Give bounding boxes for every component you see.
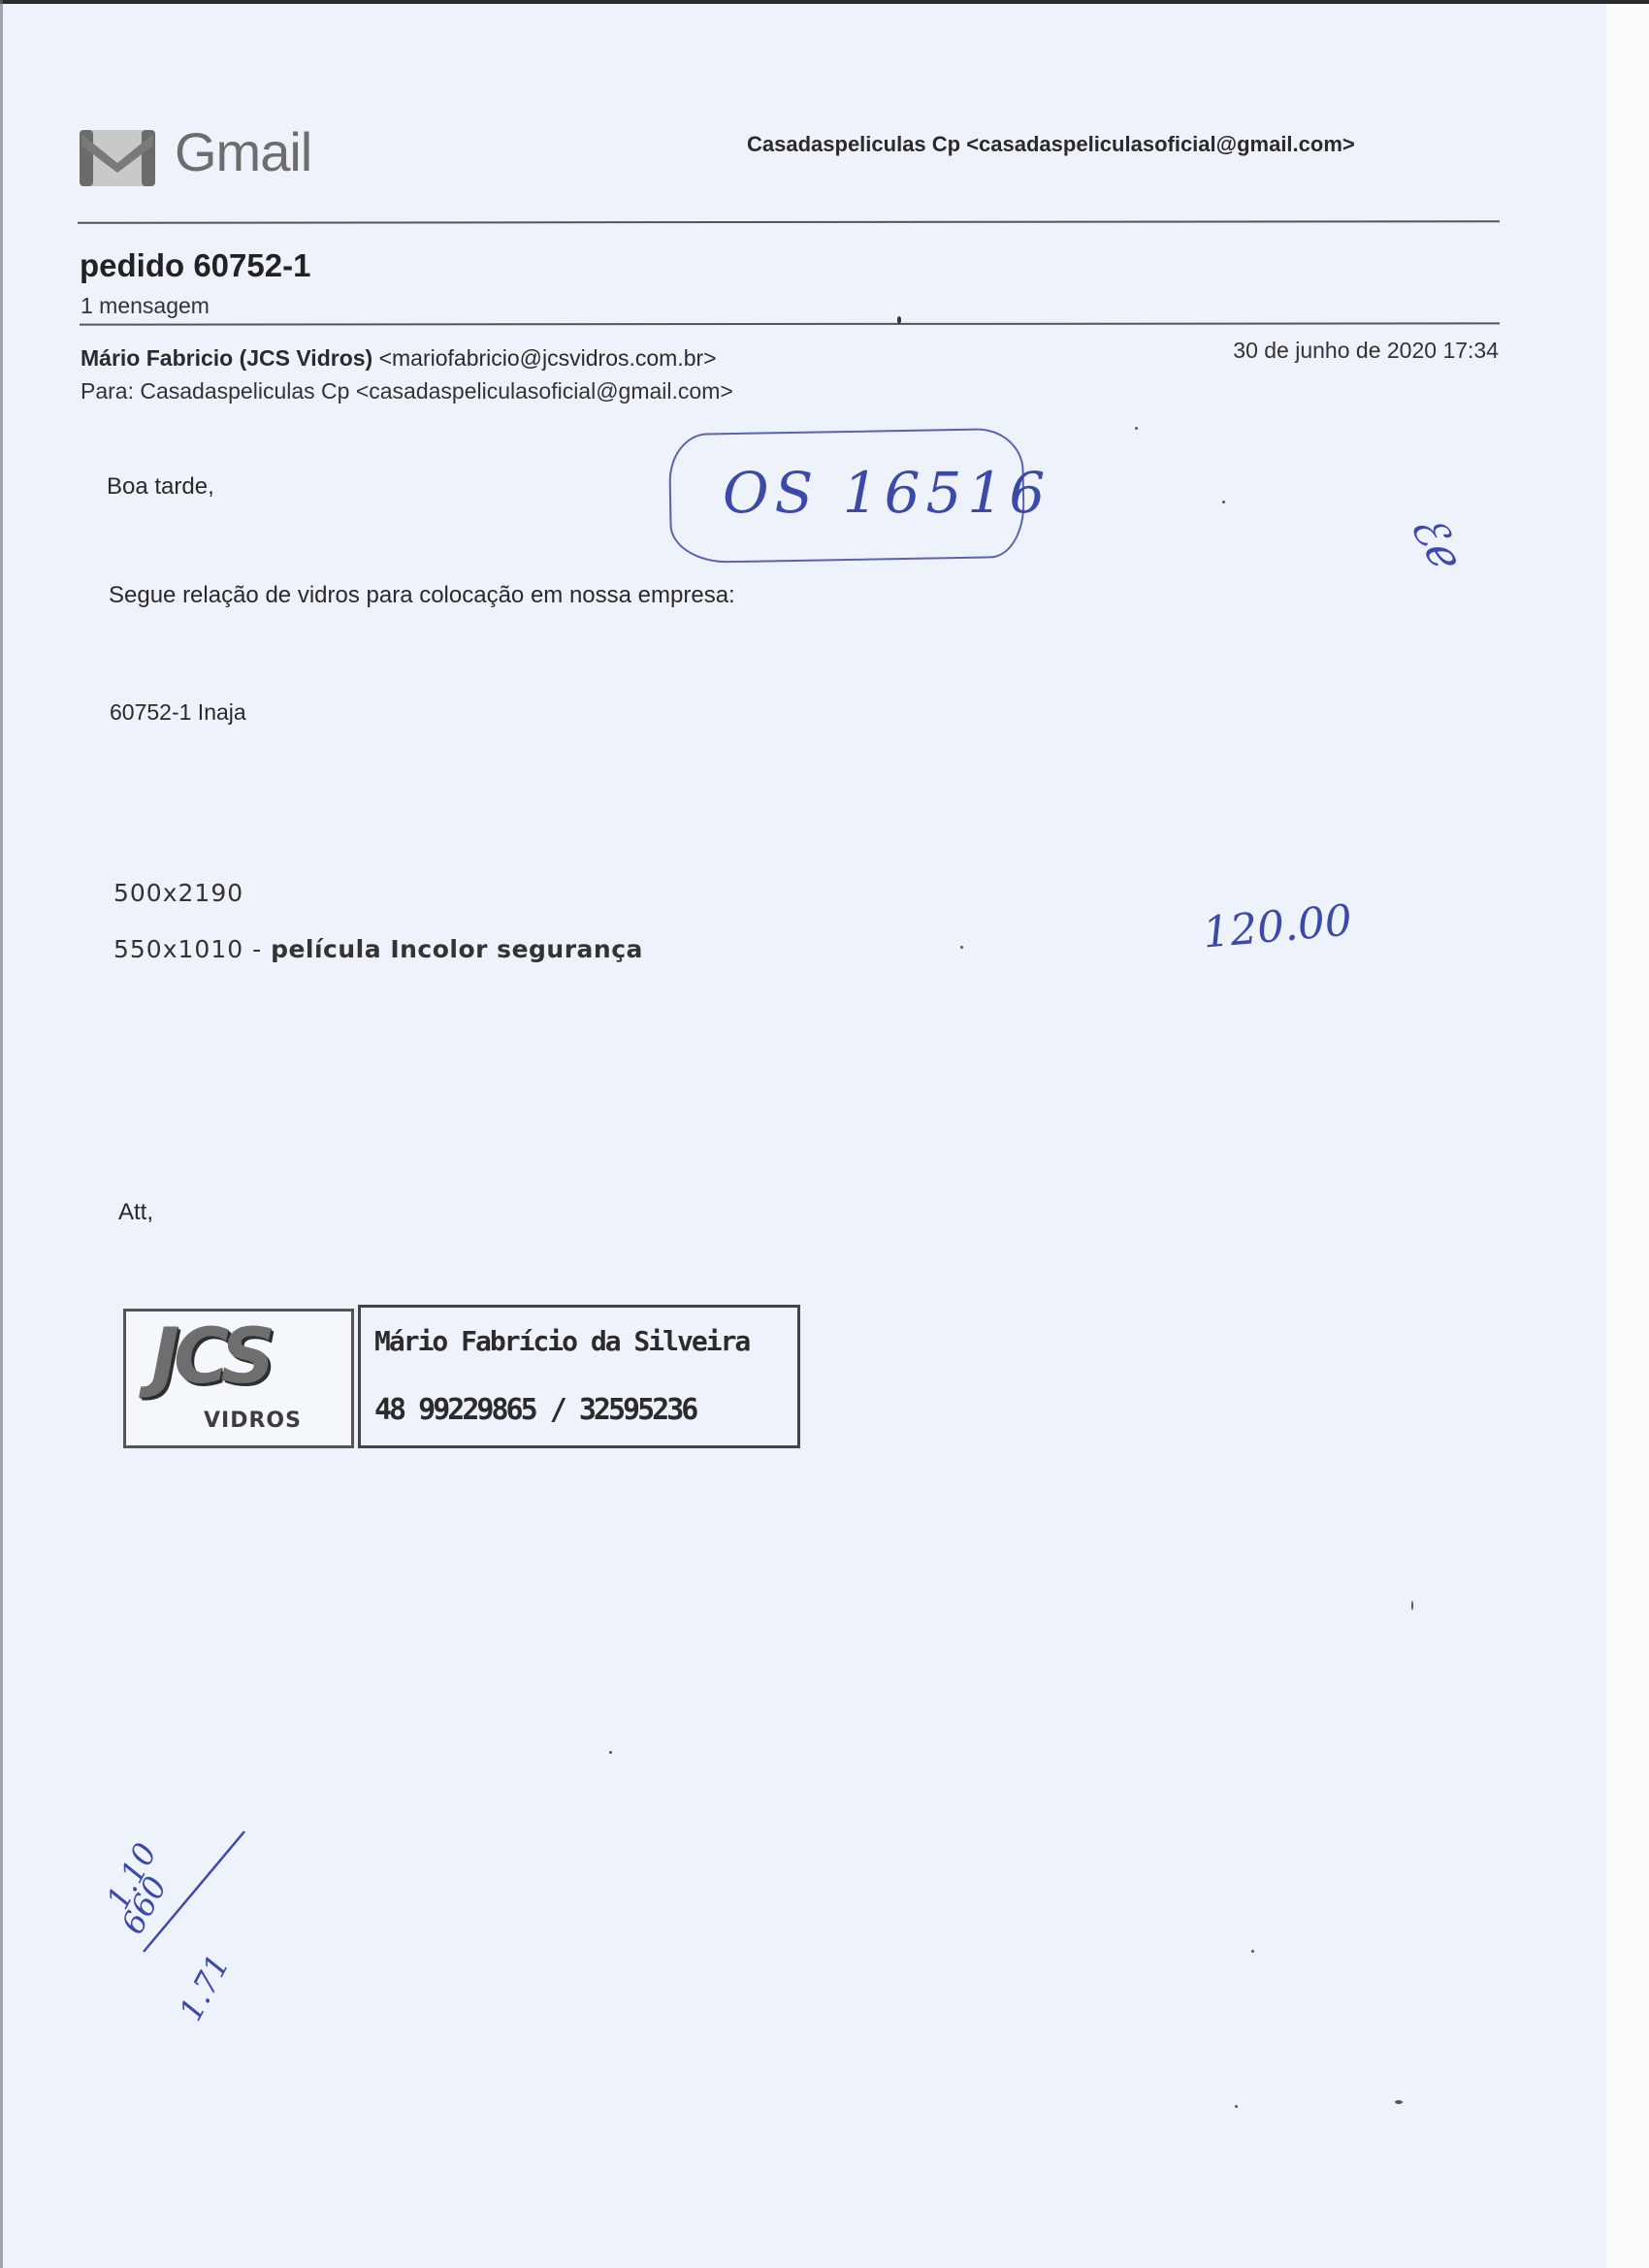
- company-logo-subtext: VIDROS: [204, 1409, 302, 1433]
- os-number-handwritten: OS 16516: [723, 460, 1051, 526]
- scan-speck: [1135, 427, 1138, 430]
- signature-name: Mário Fabrício da Silveira: [374, 1325, 749, 1357]
- item-line: 550x1010 - película Incolor segurança: [113, 935, 643, 963]
- item-separator: -: [243, 935, 271, 963]
- handwritten-price: 120.00: [1201, 895, 1354, 957]
- scan-speck: [609, 1751, 612, 1754]
- closing: Att,: [118, 1199, 153, 1226]
- company-logo-text: JCS: [151, 1319, 270, 1395]
- scan-speck: [1235, 2105, 1238, 2108]
- gmail-m-icon: [78, 128, 157, 188]
- intro-text: Segue relação de vidros para colocação e…: [109, 582, 735, 609]
- thread-subject: pedido 60752-1: [80, 247, 310, 284]
- item-line: 500x2190: [113, 879, 243, 907]
- scan-speck: [897, 316, 901, 324]
- item-description: película Incolor segurança: [271, 935, 643, 963]
- sender-line: Mário Fabricio (JCS Vidros) <mariofabric…: [81, 345, 717, 372]
- email-signature: JCS VIDROS Mário Fabrício da Silveira 48…: [123, 1305, 802, 1452]
- scan-speck: [1395, 2100, 1403, 2104]
- scan-edge-top: [0, 0, 1649, 4]
- item-size: 550x1010: [113, 935, 243, 963]
- handwritten-slash: [136, 1824, 252, 1960]
- scan-speck: [1222, 501, 1225, 503]
- handwritten-initials: ℰℯ: [1400, 504, 1471, 577]
- scan-edge-right: [1606, 4, 1649, 2268]
- signature-phones: 48 99229865 / 32595236: [374, 1393, 695, 1427]
- item-size: 500x2190: [113, 879, 243, 907]
- message-date: 30 de junho de 2020 17:34: [1233, 338, 1499, 364]
- sender-email: <mariofabricio@jcsvidros.com.br>: [379, 345, 717, 371]
- scan-speck: [960, 946, 963, 949]
- greeting: Boa tarde,: [107, 473, 214, 501]
- divider: [80, 322, 1500, 325]
- order-reference: 60752-1 Inaja: [110, 699, 246, 726]
- signature-info: Mário Fabrício da Silveira 48 99229865 /…: [358, 1305, 800, 1448]
- recipient-line: Para: Casadaspeliculas Cp <casadaspelicu…: [81, 378, 733, 405]
- scan-speck: [1251, 1950, 1254, 1953]
- scan-edge-left: [0, 0, 3, 2268]
- scan-speck: [1411, 1601, 1413, 1610]
- sender-name: Mário Fabricio (JCS Vidros): [81, 345, 372, 371]
- gmail-logo: Gmail: [78, 124, 330, 186]
- message-count: 1 mensagem: [81, 293, 210, 319]
- gmail-wordmark: Gmail: [175, 120, 311, 183]
- handwritten-note: 1.71: [172, 1949, 237, 2027]
- account-label: Casadaspeliculas Cp <casadaspeliculasofi…: [747, 132, 1355, 157]
- company-logo: JCS VIDROS: [123, 1309, 354, 1448]
- divider: [78, 220, 1500, 224]
